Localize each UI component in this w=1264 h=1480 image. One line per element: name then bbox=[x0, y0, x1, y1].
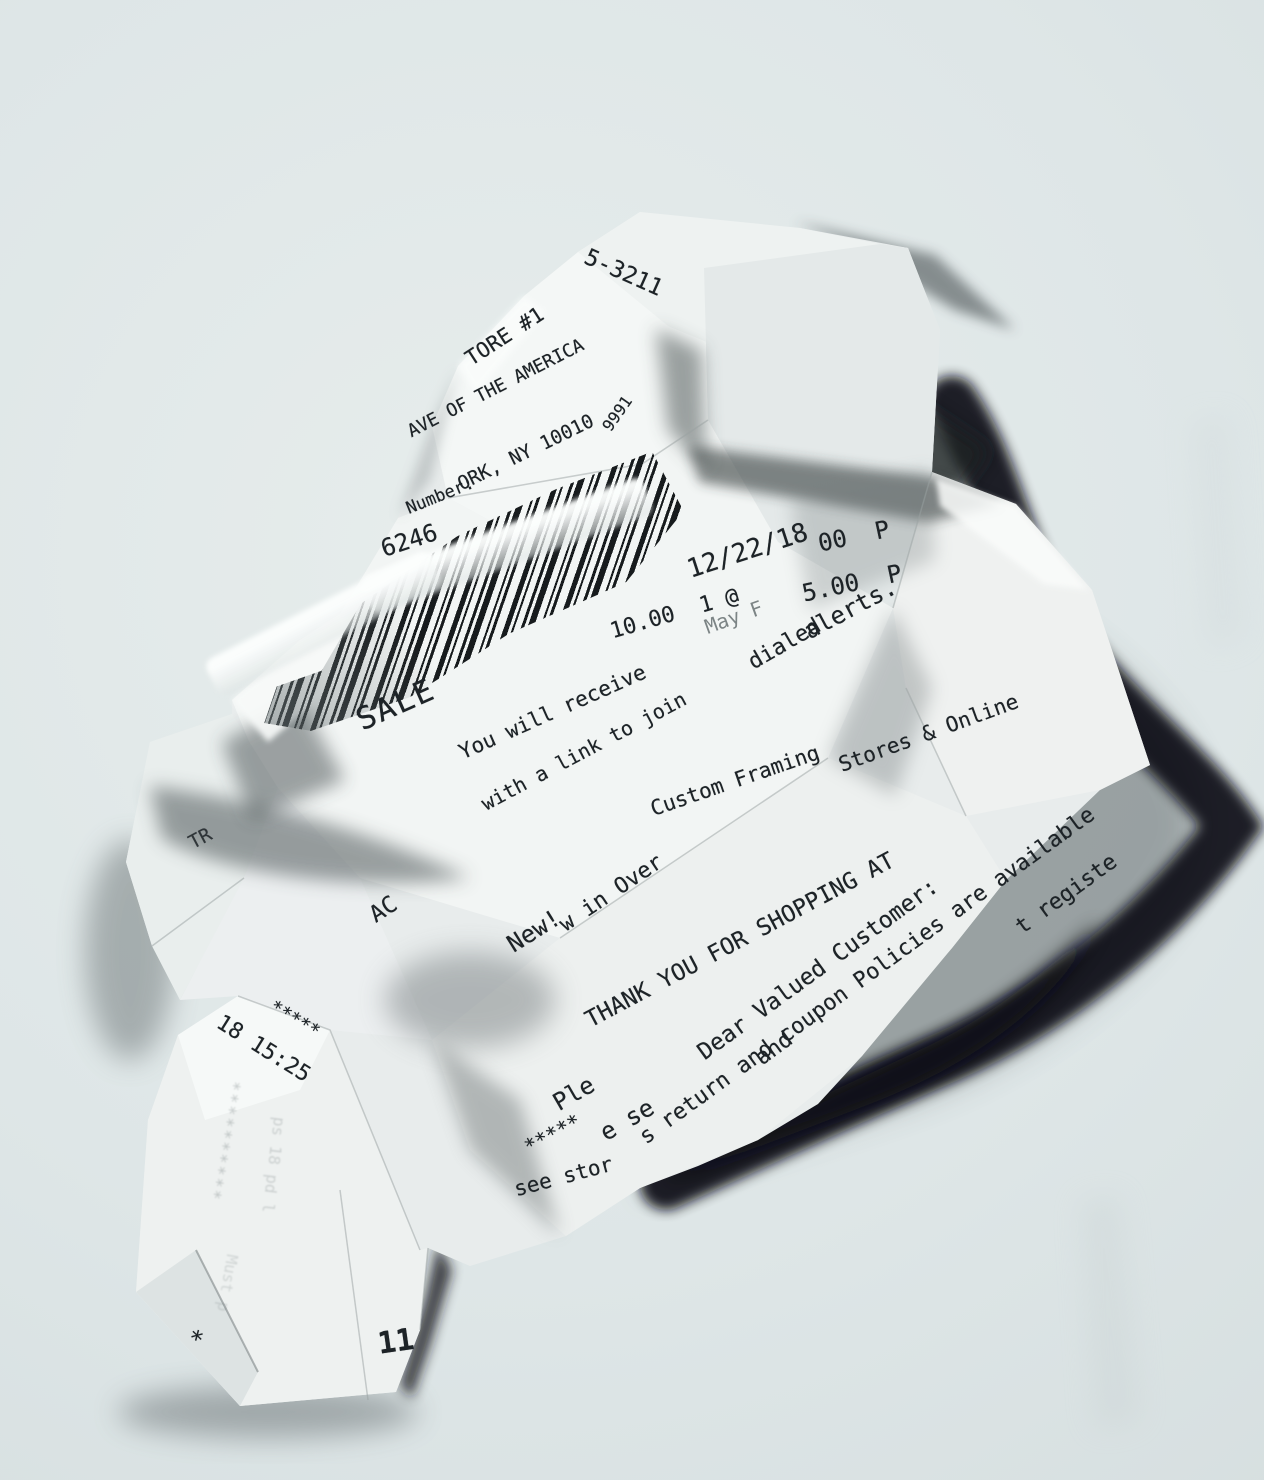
paper-facets bbox=[126, 212, 1150, 1406]
crease-above-new bbox=[385, 952, 555, 1048]
stub-page-fragment: 11 bbox=[376, 1325, 416, 1360]
ghost-smudge-edge bbox=[1190, 415, 1245, 650]
crumpled-paper-graphic bbox=[0, 0, 1264, 1480]
ghost-smudge-right bbox=[1080, 1195, 1140, 1430]
photo-crumpled-receipt: 5-3211 TORE #1 AVE OF THE AMERICA ORK, N… bbox=[0, 0, 1264, 1480]
